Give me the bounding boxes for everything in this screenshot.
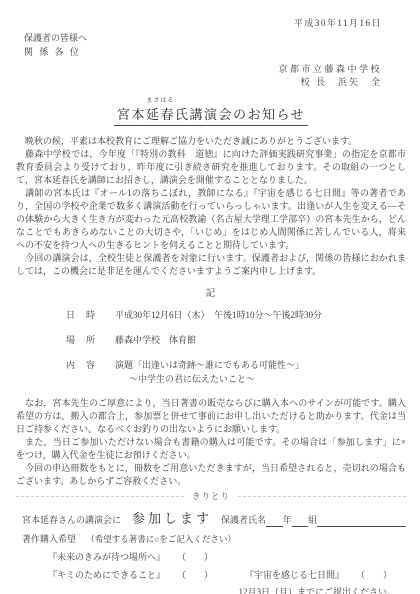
- paragraph-invitation: 今回の講演会は，全校生徒と保護者を対象に行います。保護者および，関係の皆様におか…: [16, 252, 406, 278]
- detail-place: 場 所 藤森中学校 体育館: [66, 333, 406, 346]
- slip-year-blank: [266, 518, 283, 527]
- slip-name-blank: [317, 518, 406, 527]
- submission-deadline: 12月3日（月）までにご提出ください。: [16, 585, 398, 594]
- paragraph-background: 藤森中学校では，今年度「『特別の教科 道徳』に向けた評価実践研究事業」の指定を京…: [16, 148, 406, 187]
- title-furigana: まさはる: [146, 98, 174, 104]
- book-title-1: 『未来のきみが待つ場所へ』: [48, 550, 165, 563]
- title-pre: 宮本: [117, 107, 146, 122]
- detail-place-label: 場 所: [66, 333, 99, 346]
- notes-paragraphs: なお，宮本先生のご厚意により，当日著書の販売ならびに購入本へのサインが可能です。…: [16, 397, 406, 488]
- document-date: 平成30年11月16日: [16, 16, 406, 29]
- detail-datetime-value: 平成30年12月6日（木） 午後1時10分～午後2時30分: [115, 308, 322, 321]
- book-checkbox-1: （ ）: [177, 550, 213, 563]
- paragraph-speaker-profile: 講師の宮本氏は『オール1の落ちこぼれ，教師になる』『宇宙を感じる七日間』等の著者…: [16, 187, 406, 252]
- detail-datetime-label: 日 時: [66, 308, 99, 321]
- slip-purchase-note: （希望する著書に○をご記入ください）: [86, 534, 236, 544]
- sender-principal-name: 校 長 浜矢 全: [16, 76, 382, 89]
- event-details: 日 時 平成30年12月6日（木） 午後1時10分～午後2時30分 場 所 藤森…: [66, 308, 406, 385]
- addressee-guardians: 保護者の皆様へ: [24, 31, 406, 45]
- note-purchase-without-attendance: また，当日ご参加いただけない場合も書籍の購入は可能です。その場合は「参加します」…: [16, 436, 406, 462]
- detail-content-value: 演題「出逢いは奇跡～誰にでもある可能性～」: [115, 358, 304, 371]
- record-marker: 記: [16, 285, 406, 299]
- detail-content: 内 容 演題「出逢いは奇跡～誰にでもある可能性～」: [66, 358, 406, 371]
- book-title-2: 『キミのためにできること』: [48, 568, 165, 581]
- paragraph-greeting: 晩秋の候，平素は本校教育にご理解ご協力をいただき誠にありがとうございます。: [16, 135, 406, 148]
- addressee-related-parties: 関 係 各 位: [24, 45, 406, 59]
- note-stock-caution: 今回の申込冊数をもとに，冊数をご用意いただきますが，当日希望されると，売切れの場…: [16, 462, 406, 488]
- slip-class-blank: [292, 518, 309, 527]
- slip-purchase-heading: 著作購入希望: [22, 534, 76, 544]
- detail-datetime: 日 時 平成30年12月6日（木） 午後1時10分～午後2時30分: [66, 308, 406, 321]
- title-ruby-base: 延春: [146, 107, 175, 122]
- book-title-3: 『宇宙を感じる七日間』: [245, 568, 344, 581]
- book-row-1: 『未来のきみが待つ場所へ』 （ ）: [48, 550, 406, 563]
- cut-dash-right: [238, 496, 406, 497]
- book-checkbox-2: （ ）: [177, 568, 213, 581]
- cut-dash-left: [16, 496, 184, 497]
- reply-slip: 宮本延春さんの講演会に 参加します 保護者氏名 年 組 著作購入希望 （希望する…: [16, 508, 406, 594]
- book-checkbox-3: （ ）: [356, 568, 392, 581]
- document-page: 平成30年11月16日 保護者の皆様へ 関 係 各 位 京都市立藤森中学校 校 …: [0, 0, 420, 594]
- slip-guardian-name-label: 保護者氏名: [221, 513, 266, 526]
- cut-line: きりとり: [16, 490, 406, 502]
- addressee-block: 保護者の皆様へ 関 係 各 位: [24, 31, 406, 59]
- slip-attendance-line: 宮本延春さんの講演会に 参加します 保護者氏名 年 組: [22, 508, 406, 527]
- slip-intro-text: 宮本延春さんの講演会に: [22, 513, 121, 526]
- book-row-2: 『キミのためにできること』 （ ） 『宇宙を感じる七日間』 （ ）: [48, 568, 406, 581]
- cut-line-label: きりとり: [184, 490, 238, 502]
- slip-purchase-heading-line: 著作購入希望 （希望する著書に○をご記入ください）: [22, 532, 406, 545]
- document-title: 宮本まさはる延春氏講演会のお知らせ: [114, 104, 308, 126]
- title-ruby: まさはる延春: [146, 104, 175, 123]
- title-post: 氏講演会のお知らせ: [175, 107, 305, 122]
- slip-year-label: 年: [283, 513, 292, 526]
- detail-content-subtitle: ～中学生の君に伝えたいこと～: [129, 372, 406, 385]
- slip-attend-text: 参加します: [132, 508, 212, 527]
- note-book-sales: なお，宮本先生のご厚意により，当日著書の販売ならびに購入本へのサインが可能です。…: [16, 397, 406, 436]
- detail-place-value: 藤森中学校 体育館: [115, 333, 196, 346]
- sender-school-name: 京都市立藤森中学校: [16, 63, 382, 76]
- detail-content-label: 内 容: [66, 358, 99, 371]
- slip-class-label: 組: [308, 513, 317, 526]
- sender-block: 京都市立藤森中学校 校 長 浜矢 全: [16, 63, 406, 89]
- title-row: 宮本まさはる延春氏講演会のお知らせ: [16, 104, 406, 126]
- body-paragraphs: 晩秋の候，平素は本校教育にご理解ご協力をいただき誠にありがとうございます。 藤森…: [16, 135, 406, 278]
